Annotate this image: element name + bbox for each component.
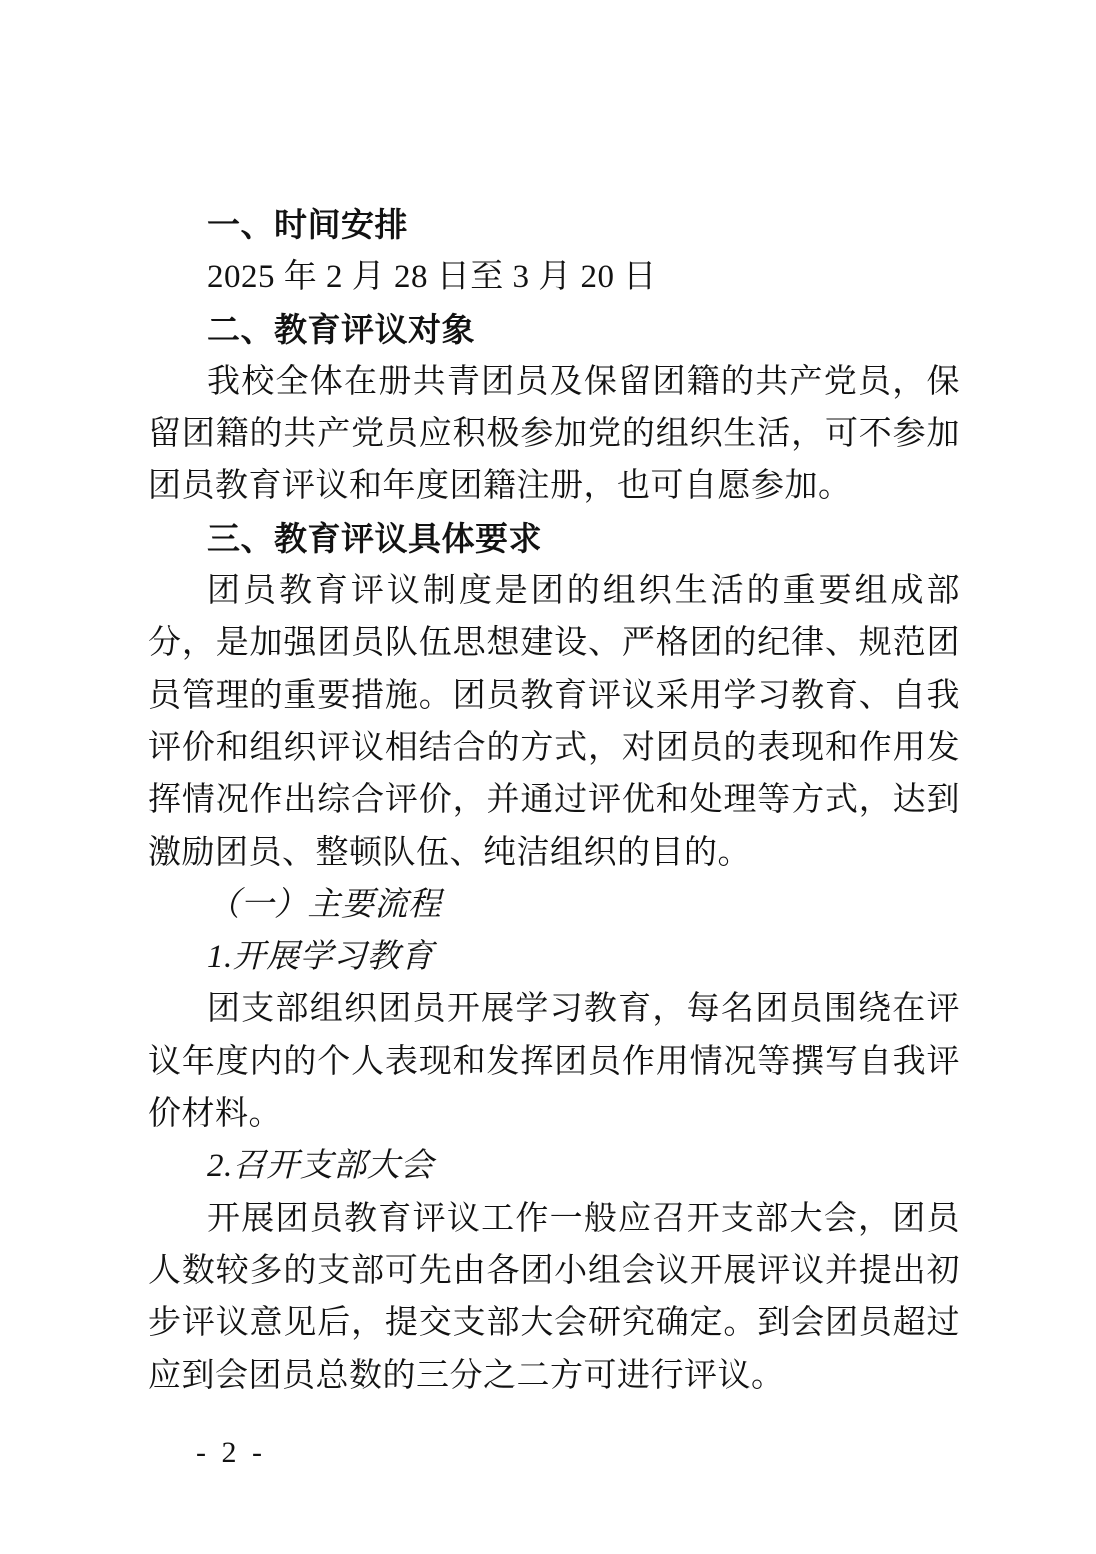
paragraph-evaluation-targets: 我校全体在册共青团员及保留团籍的共产党员，保留团籍的共产党员应积极参加党的组织生…	[148, 356, 960, 513]
document-page: 一、时间安排 2025 年 2 月 28 日至 3 月 20 日 二、教育评议对…	[0, 0, 1096, 1554]
paragraph-date-range: 2025 年 2 月 28 日至 3 月 20 日	[148, 251, 960, 303]
paragraph-branch-meeting: 开展团员教育评议工作一般应召开支部大会，团员人数较多的支部可先由各团小组会议开展…	[148, 1193, 960, 1402]
subheading-study-education: 1.开展学习教育	[148, 931, 960, 983]
subheading-branch-meeting: 2.召开支部大会	[148, 1140, 960, 1192]
document-body: 一、时间安排 2025 年 2 月 28 日至 3 月 20 日 二、教育评议对…	[148, 199, 960, 1402]
section-heading-specific-requirements: 三、教育评议具体要求	[148, 513, 960, 565]
page-number: - 2 -	[196, 1436, 266, 1470]
paragraph-specific-requirements: 团员教育评议制度是团的组织生活的重要组成部分，是加强团员队伍思想建设、严格团的纪…	[148, 565, 960, 879]
subheading-main-process: （一）主要流程	[148, 879, 960, 931]
paragraph-study-education: 团支部组织团员开展学习教育，每名团员围绕在评议年度内的个人表现和发挥团员作用情况…	[148, 983, 960, 1140]
section-heading-time-arrangement: 一、时间安排	[148, 199, 960, 251]
section-heading-evaluation-targets: 二、教育评议对象	[148, 304, 960, 356]
